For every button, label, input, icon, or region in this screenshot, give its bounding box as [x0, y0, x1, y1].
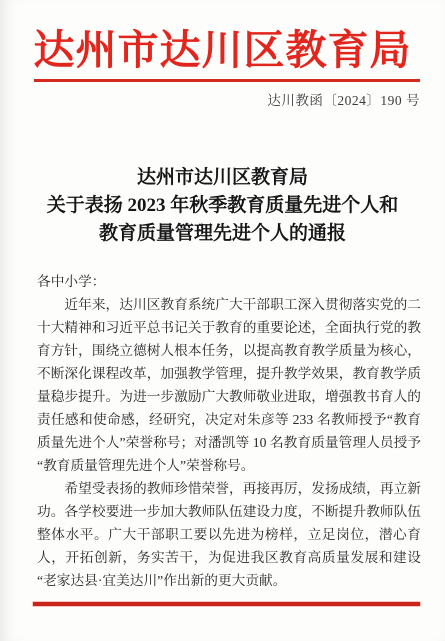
paragraph-expectation: 希望受表扬的教师珍惜荣誉，再接再厉，发扬成绩，再立新功。各学校要进一步加大教师队… [37, 477, 421, 592]
document-page: 达州市达川区教育局 达川教函〔2024〕190 号 达州市达川区教育局 关于表扬… [0, 0, 445, 641]
header-red-rule [34, 79, 420, 82]
notice-title-line2: 关于表扬 2023 年秋季教育质量先进个人和 [0, 192, 445, 220]
doc-number: 达川教函〔2024〕190 号 [34, 92, 420, 110]
notice-title-line1: 达州市达川区教育局 [0, 164, 445, 192]
notice-title-line3: 教育质量管理先进个人的通报 [0, 220, 445, 248]
document-body: 各中小学： 近年来，达川区教育系统广大干部职工深入贯彻落实党的二十大精神和习近平… [37, 270, 421, 592]
agency-masthead: 达州市达川区教育局 [0, 0, 445, 71]
paragraph-commendation: 近年来，达川区教育系统广大干部职工深入贯彻落实党的二十大精神和习近平总书记关于教… [37, 293, 421, 477]
salutation: 各中小学： [37, 270, 421, 293]
notice-title: 达州市达川区教育局 关于表扬 2023 年秋季教育质量先进个人和 教育质量管理先… [0, 164, 445, 248]
footer-red-rule [33, 602, 420, 606]
